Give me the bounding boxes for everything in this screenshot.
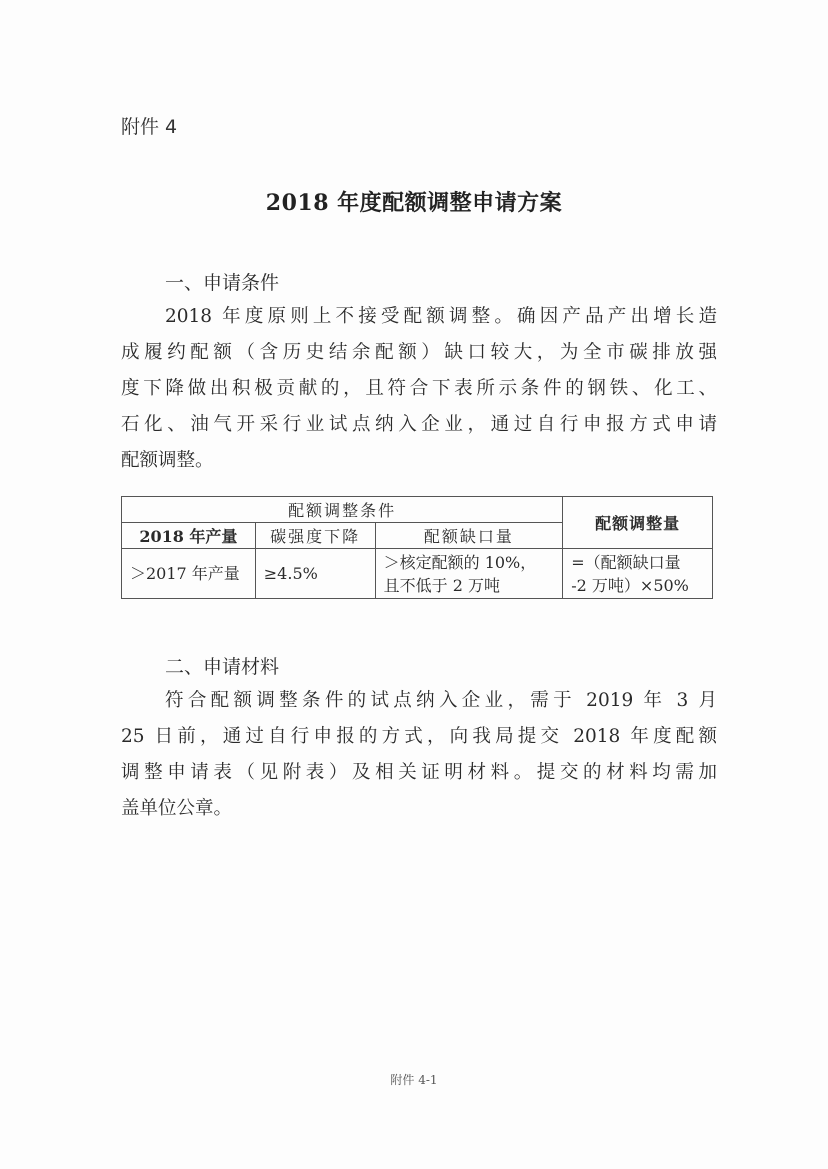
- table-header-intensity: 碳强度下降: [255, 523, 375, 549]
- table-group-header: 配额调整条件: [122, 497, 563, 523]
- document-title: 2018 年度配额调整申请方案: [0, 186, 828, 217]
- cell-gap: ＞核定配额的 10%， 且不低于 2 万吨: [375, 549, 563, 599]
- cell-production: ＞2017 年产量: [122, 549, 256, 599]
- attachment-label: 附件 4: [121, 112, 177, 139]
- cell-intensity: ≥4.5%: [255, 549, 375, 599]
- paragraph-line: 2018 年度原则上不接受配额调整。确因产品产出增长造: [121, 299, 717, 335]
- cell-gap-line1: ＞核定配额的 10%，: [384, 551, 555, 574]
- cell-amount-line1: =（配额缺口量: [571, 551, 704, 574]
- adjustment-conditions-table: 配额调整条件 配额调整量 2018 年产量 碳强度下降 配额缺口量 ＞2017 …: [121, 496, 713, 599]
- section-paragraph-materials: 符合配额调整条件的试点纳入企业，需于 2019 年 3 月 25 日前，通过自行…: [121, 683, 717, 827]
- table-row: ＞2017 年产量 ≥4.5% ＞核定配额的 10%， 且不低于 2 万吨 =（…: [122, 549, 713, 599]
- paragraph-line: 调整申请表（见附表）及相关证明材料。提交的材料均需加: [121, 755, 717, 791]
- paragraph-line: 盖单位公章。: [121, 791, 717, 827]
- paragraph-line: 配额调整。: [121, 443, 717, 479]
- section-heading-conditions: 一、申请条件: [165, 268, 279, 295]
- section-paragraph-conditions: 2018 年度原则上不接受配额调整。确因产品产出增长造 成履约配额（含历史结余配…: [121, 299, 717, 479]
- table-header-gap: 配额缺口量: [375, 523, 563, 549]
- paragraph-line: 石化、油气开采行业试点纳入企业，通过自行申报方式申请: [121, 407, 717, 443]
- section-heading-materials: 二、申请材料: [165, 652, 279, 679]
- cell-gap-line2: 且不低于 2 万吨: [384, 574, 555, 597]
- page-footer: 附件 4-1: [0, 1071, 828, 1088]
- paragraph-line: 成履约配额（含历史结余配额）缺口较大，为全市碳排放强: [121, 335, 717, 371]
- cell-amount-line2: -2 万吨）×50%: [571, 574, 704, 597]
- cell-amount: =（配额缺口量 -2 万吨）×50%: [563, 549, 713, 599]
- table-header-production: 2018 年产量: [122, 523, 256, 549]
- paragraph-line: 符合配额调整条件的试点纳入企业，需于 2019 年 3 月: [121, 683, 717, 719]
- paragraph-line: 度下降做出积极贡献的，且符合下表所示条件的钢铁、化工、: [121, 371, 717, 407]
- paragraph-line: 25 日前，通过自行申报的方式，向我局提交 2018 年度配额: [121, 719, 717, 755]
- table-header-adjustment-amount: 配额调整量: [563, 497, 713, 549]
